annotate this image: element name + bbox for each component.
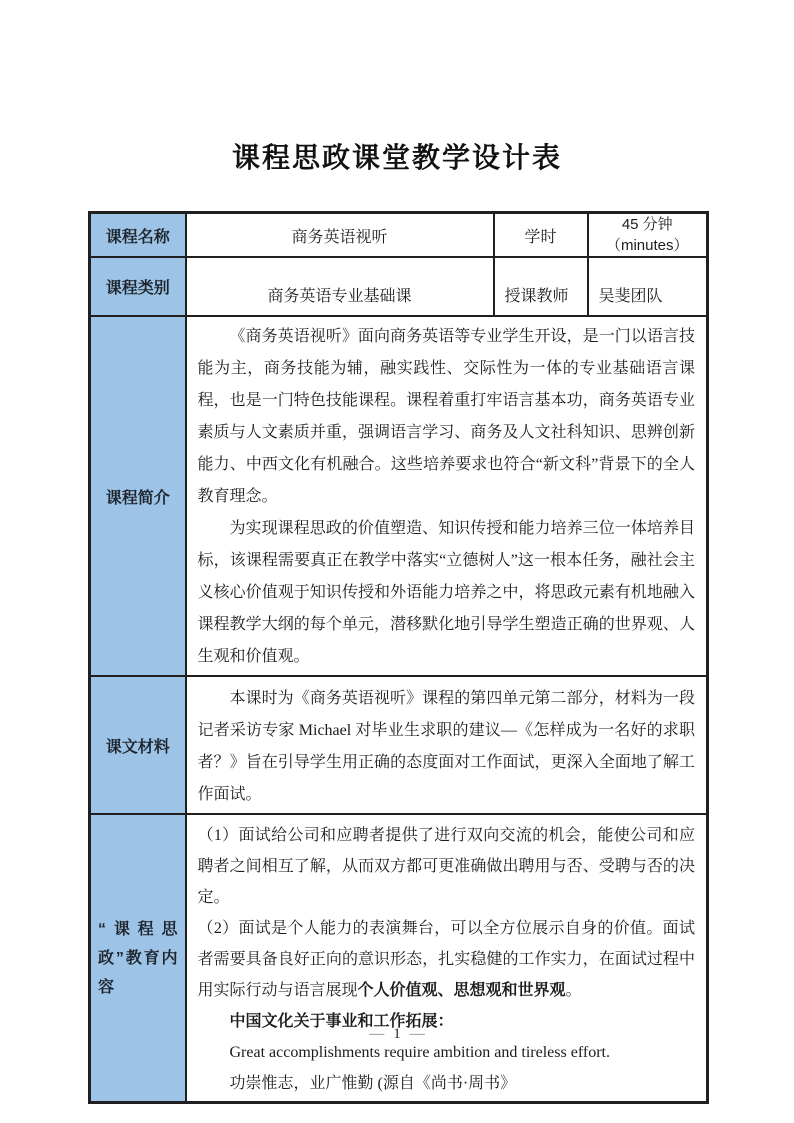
footer-dash-left: — <box>369 1026 384 1042</box>
course-type-label: 课程类别 <box>90 257 186 316</box>
course-intro-content: 《商务英语视听》面向商务英语等专业学生开设，是一门以语言技能为主，商务技能为辅，… <box>186 316 708 676</box>
hours-value: 45 分钟 （minutes） <box>588 213 708 258</box>
ideology-item-2: （2）面试是个人能力的表演舞台，可以全方位展示自身的价值。面试者需要具备良好正向… <box>198 913 696 1006</box>
course-intro-label: 课程简介 <box>90 316 186 676</box>
table-row-course-intro: 课程简介 《商务英语视听》面向商务英语等专业学生开设，是一门以语言技能为主，商务… <box>90 316 708 676</box>
material-paragraph: 本课时为《商务英语视听》课程的第四单元第二部分，材料为一段记者采访专家 Mich… <box>198 683 696 811</box>
ideology-item-2-period: 。 <box>566 982 582 999</box>
page-footer: —1— <box>0 1026 794 1043</box>
hours-value-line2: （minutes） <box>589 235 707 256</box>
ideology-content: （1）面试给公司和应聘者提供了进行双向交流的机会，能使公司和应聘者之间相互了解，… <box>186 814 708 1103</box>
table-row-course-name: 课程名称 商务英语视听 学时 45 分钟 （minutes） <box>90 213 708 258</box>
instructor-label: 授课教师 <box>494 257 588 316</box>
course-name-value: 商务英语视听 <box>186 213 494 258</box>
table-row-course-type: 课程类别 商务英语专业基础课 授课教师 吴斐团队 <box>90 257 708 316</box>
page-title: 课程思政课堂教学设计表 <box>0 136 794 176</box>
table-row-text-material: 课文材料 本课时为《商务英语视听》课程的第四单元第二部分，材料为一段记者采访专家… <box>90 676 708 814</box>
instructor-value: 吴斐团队 <box>588 257 708 316</box>
table-row-ideology-content: “课程思政”教育内容 （1）面试给公司和应聘者提供了进行双向交流的机会，能使公司… <box>90 814 708 1103</box>
text-material-content: 本课时为《商务英语视听》课程的第四单元第二部分，材料为一段记者采访专家 Mich… <box>186 676 708 814</box>
hours-label: 学时 <box>494 213 588 258</box>
course-type-value: 商务英语专业基础课 <box>186 257 494 316</box>
hours-value-line1: 45 分钟 <box>589 214 707 235</box>
footer-page-number: 1 <box>393 1026 401 1042</box>
text-material-label: 课文材料 <box>90 676 186 814</box>
ideology-label: “课程思政”教育内容 <box>90 814 186 1103</box>
intro-paragraph-2: 为实现课程思政的价值塑造、知识传授和能力培养三位一体培养目标，该课程需要真正在教… <box>198 513 696 673</box>
ideology-item-1: （1）面试给公司和应聘者提供了进行双向交流的机会，能使公司和应聘者之间相互了解，… <box>198 820 696 913</box>
teaching-design-table: 课程名称 商务英语视听 学时 45 分钟 （minutes） 课程类别 商务英语… <box>88 211 709 1104</box>
ideology-item-2-bold: 个人价值观、思想观和世界观 <box>358 982 566 999</box>
intro-paragraph-1: 《商务英语视听》面向商务英语等专业学生开设，是一门以语言技能为主，商务技能为辅，… <box>198 321 696 513</box>
chinese-quote: 功崇惟志，业广惟勤 (源自《尚书·周书》 <box>198 1068 696 1099</box>
course-name-label: 课程名称 <box>90 213 186 258</box>
footer-dash-right: — <box>410 1026 425 1042</box>
document-page: 课程思政课堂教学设计表 课程名称 商务英语视听 学时 45 分钟 （minute… <box>0 0 794 1123</box>
